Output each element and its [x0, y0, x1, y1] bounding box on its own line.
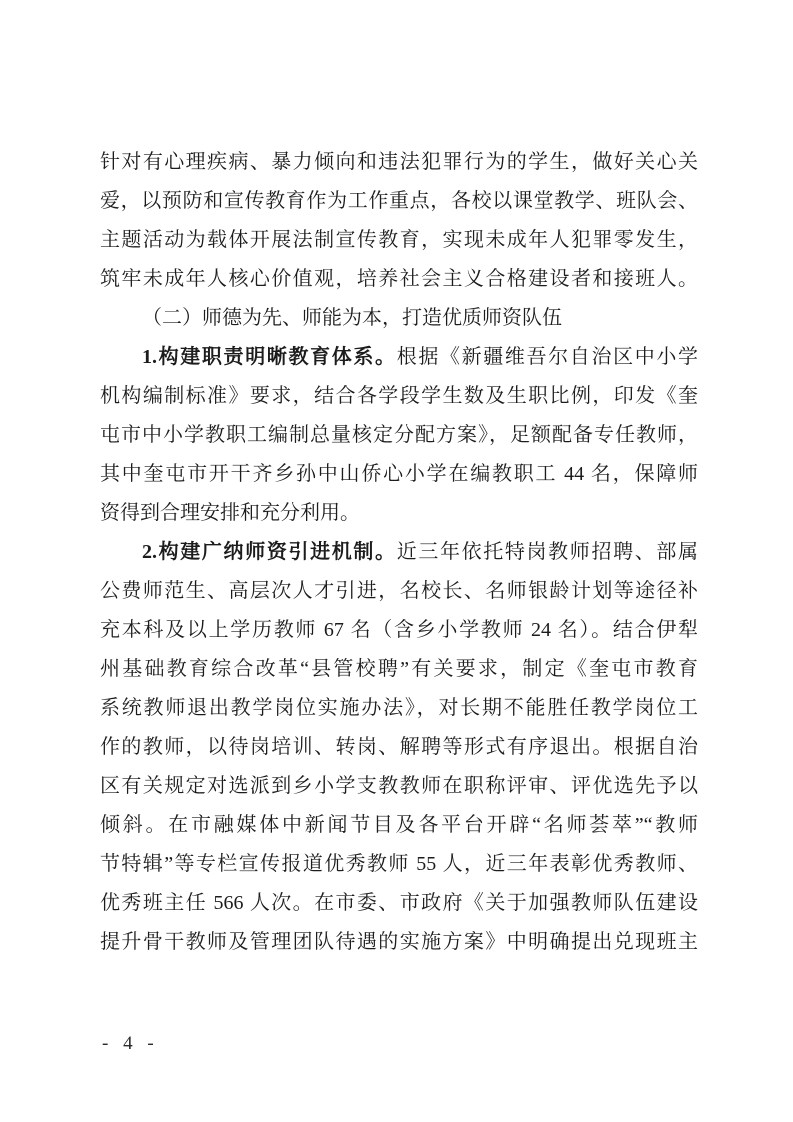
- text-line: 区有关规定对选派到乡小学支教教师在职称评审、评优选先予以: [100, 767, 698, 806]
- text-run: 系统教师退出教学岗位实施办法》，对长期不能胜任教学岗位工: [100, 697, 698, 719]
- text-line: 针对有心理疾病、暴力倾向和违法犯罪行为的学生，做好关心关: [100, 143, 698, 182]
- text-run: 机构编制标准》要求，结合各学段学生数及生职比例，印发《奎: [100, 385, 698, 407]
- text-line: 提升骨干教师及管理团队待遇的实施方案》中明确提出兑现班主: [100, 923, 698, 962]
- text-run: 作的教师，以待岗培训、转岗、解聘等形式有序退出。根据自治: [100, 736, 698, 758]
- text-line: 主题活动为载体开展法制宣传教育，实现未成年人犯罪零发生，: [100, 221, 698, 260]
- text-line: 爱，以预防和宣传教育作为工作重点，各校以课堂教学、班队会、: [100, 182, 698, 221]
- text-run: 屯市中小学教职工编制总量核定分配方案》，足额配备专任教师，: [100, 424, 698, 446]
- text-line: 其中奎屯市开干齐乡孙中山侨心小学在编教职工 44 名，保障师: [100, 455, 698, 494]
- text-run: 提升骨干教师及管理团队待遇的实施方案》中明确提出兑现班主: [100, 931, 698, 953]
- text-line: 州基础教育综合改革“县管校聘”有关要求，制定《奎屯市教育: [100, 650, 698, 689]
- text-run: 倾斜。在市融媒体中新闻节目及各平台开辟“名师荟萃”“教师: [100, 814, 698, 836]
- text-run: 节特辑”等专栏宣传报道优秀教师 55 人，近三年表彰优秀教师、: [100, 853, 698, 875]
- text-block: 针对有心理疾病、暴力倾向和违法犯罪行为的学生，做好关心关爱，以预防和宣传教育作为…: [100, 143, 698, 962]
- text-line: 优秀班主任 566 人次。在市委、市政府《关于加强教师队伍建设: [100, 884, 698, 923]
- text-line: 节特辑”等专栏宣传报道优秀教师 55 人，近三年表彰优秀教师、: [100, 845, 698, 884]
- text-run: 爱，以预防和宣传教育作为工作重点，各校以课堂教学、班队会、: [100, 190, 698, 212]
- paragraph-lead-emphasis: 1.构建职责明晰教育体系。: [142, 346, 397, 368]
- text-line: 公费师范生、高层次人才引进，名校长、名师银龄计划等途径补: [100, 572, 698, 611]
- text-line: 屯市中小学教职工编制总量核定分配方案》，足额配备专任教师，: [100, 416, 698, 455]
- text-line: 系统教师退出教学岗位实施办法》，对长期不能胜任教学岗位工: [100, 689, 698, 728]
- text-line: 筑牢未成年人核心价值观，培养社会主义合格建设者和接班人。: [100, 260, 698, 299]
- text-line: （二）师德为先、师能为本，打造优质师资队伍: [100, 299, 698, 338]
- text-run: 根据《新疆维吾尔自治区中小学: [397, 346, 698, 368]
- text-line: 充本科及以上学历教师 67 名（含乡小学教师 24 名）。结合伊犁: [100, 611, 698, 650]
- text-line: 1.构建职责明晰教育体系。根据《新疆维吾尔自治区中小学: [100, 338, 698, 377]
- text-run: （二）师德为先、师能为本，打造优质师资队伍: [142, 307, 562, 329]
- text-run: 针对有心理疾病、暴力倾向和违法犯罪行为的学生，做好关心关: [100, 151, 698, 173]
- text-run: 资得到合理安排和充分利用。: [100, 502, 360, 524]
- text-run: 区有关规定对选派到乡小学支教教师在职称评审、评优选先予以: [100, 775, 698, 797]
- text-line: 作的教师，以待岗培训、转岗、解聘等形式有序退出。根据自治: [100, 728, 698, 767]
- text-line: 2.构建广纳师资引进机制。近三年依托特岗教师招聘、部属: [100, 533, 698, 572]
- text-run: 筑牢未成年人核心价值观，培养社会主义合格建设者和接班人。: [100, 268, 698, 290]
- text-run: 其中奎屯市开干齐乡孙中山侨心小学在编教职工 44 名，保障师: [100, 463, 698, 485]
- text-line: 资得到合理安排和充分利用。: [100, 494, 698, 533]
- text-run: 主题活动为载体开展法制宣传教育，实现未成年人犯罪零发生，: [100, 229, 698, 251]
- text-run: 公费师范生、高层次人才引进，名校长、名师银龄计划等途径补: [100, 580, 698, 602]
- document-page: 针对有心理疾病、暴力倾向和违法犯罪行为的学生，做好关心关爱，以预防和宣传教育作为…: [0, 0, 793, 1122]
- page-number: - 4 -: [102, 1033, 159, 1055]
- text-run: 优秀班主任 566 人次。在市委、市政府《关于加强教师队伍建设: [100, 892, 698, 914]
- text-line: 机构编制标准》要求，结合各学段学生数及生职比例，印发《奎: [100, 377, 698, 416]
- text-run: 充本科及以上学历教师 67 名（含乡小学教师 24 名）。结合伊犁: [100, 619, 698, 641]
- text-run: 近三年依托特岗教师招聘、部属: [397, 541, 698, 563]
- text-line: 倾斜。在市融媒体中新闻节目及各平台开辟“名师荟萃”“教师: [100, 806, 698, 845]
- paragraph-lead-emphasis: 2.构建广纳师资引进机制。: [142, 541, 397, 563]
- text-run: 州基础教育综合改革“县管校聘”有关要求，制定《奎屯市教育: [100, 658, 698, 680]
